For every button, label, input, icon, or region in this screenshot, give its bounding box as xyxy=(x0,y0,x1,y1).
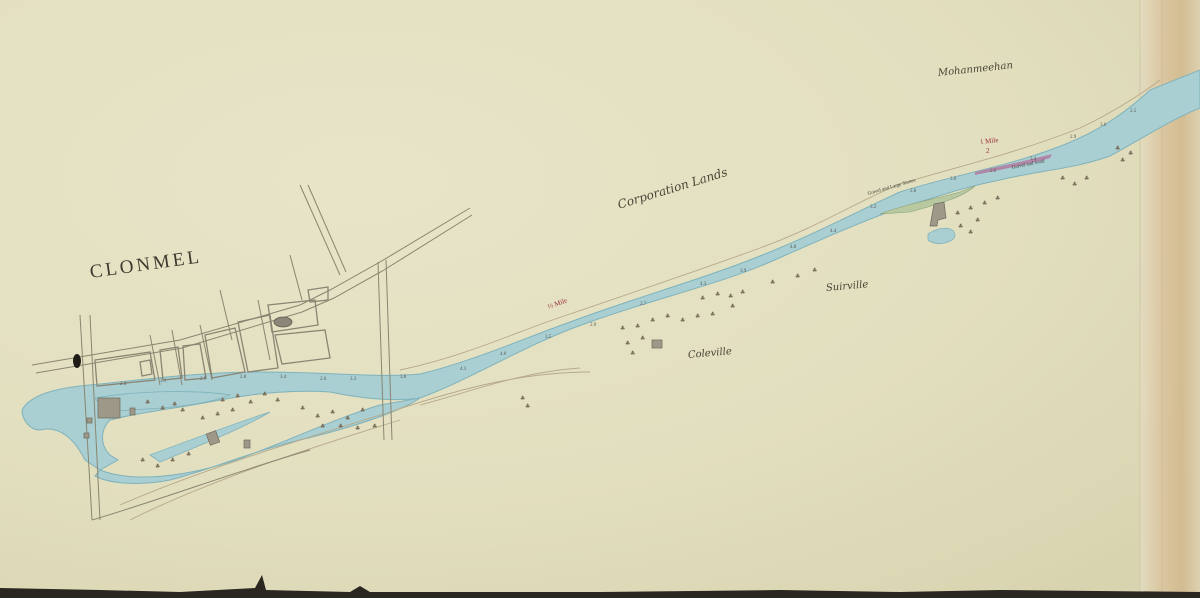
svg-text:4.4: 4.4 xyxy=(830,229,837,234)
svg-text:♣: ♣ xyxy=(728,293,733,300)
svg-text:♣: ♣ xyxy=(1115,145,1120,152)
svg-text:♣: ♣ xyxy=(320,423,325,430)
svg-text:♣: ♣ xyxy=(160,405,165,412)
church-icon xyxy=(274,317,292,327)
svg-text:2.9: 2.9 xyxy=(1070,135,1077,140)
svg-text:♣: ♣ xyxy=(275,397,280,404)
svg-text:2.9: 2.9 xyxy=(590,323,597,328)
svg-text:♣: ♣ xyxy=(145,399,150,406)
svg-text:♣: ♣ xyxy=(770,279,775,286)
svg-text:♣: ♣ xyxy=(315,413,320,420)
svg-text:♣: ♣ xyxy=(230,407,235,414)
svg-text:♣: ♣ xyxy=(640,335,645,342)
svg-text:♣: ♣ xyxy=(695,313,700,320)
svg-text:3.6: 3.6 xyxy=(1100,123,1107,128)
svg-text:♣: ♣ xyxy=(520,395,525,402)
svg-text:♣: ♣ xyxy=(1128,150,1133,157)
svg-text:♣: ♣ xyxy=(955,210,960,217)
svg-text:3.9: 3.9 xyxy=(740,269,747,274)
svg-text:4.8: 4.8 xyxy=(790,245,797,250)
svg-text:♣: ♣ xyxy=(665,313,670,320)
svg-text:♣: ♣ xyxy=(525,403,530,410)
svg-text:3.0: 3.0 xyxy=(950,177,957,182)
svg-text:2.5: 2.5 xyxy=(1130,109,1137,114)
gate-icon xyxy=(73,354,81,368)
svg-text:♣: ♣ xyxy=(975,217,980,224)
svg-text:♣: ♣ xyxy=(235,393,240,400)
svg-text:♣: ♣ xyxy=(968,205,973,212)
svg-text:♣: ♣ xyxy=(300,405,305,412)
svg-text:2.7: 2.7 xyxy=(640,302,647,307)
paper-background xyxy=(0,0,1200,598)
svg-text:♣: ♣ xyxy=(968,229,973,236)
svg-text:3.2: 3.2 xyxy=(870,205,877,210)
svg-text:♣: ♣ xyxy=(248,399,253,406)
svg-text:♣: ♣ xyxy=(170,457,175,464)
svg-text:4.3: 4.3 xyxy=(700,282,707,287)
svg-text:♣: ♣ xyxy=(700,295,705,302)
svg-text:♣: ♣ xyxy=(215,411,220,418)
svg-text:2.9: 2.9 xyxy=(200,377,207,382)
svg-text:3.8: 3.8 xyxy=(400,375,407,380)
svg-text:♣: ♣ xyxy=(140,457,145,464)
svg-text:♣: ♣ xyxy=(355,425,360,432)
svg-text:2.6: 2.6 xyxy=(320,377,327,382)
svg-text:♣: ♣ xyxy=(740,289,745,296)
map-canvas[interactable]: ♣♣♣♣ ♣♣♣♣♣ ♣♣♣ ♣♣♣♣♣ ♣♣♣♣ ♣♣♣♣ ♣♣♣♣ ♣♣♣♣… xyxy=(0,0,1200,598)
svg-text:4.0: 4.0 xyxy=(500,352,507,357)
svg-text:♣: ♣ xyxy=(812,267,817,274)
svg-text:♣: ♣ xyxy=(372,423,377,430)
svg-text:♣: ♣ xyxy=(345,415,350,422)
svg-text:3.4: 3.4 xyxy=(280,375,287,380)
svg-text:2.4: 2.4 xyxy=(120,382,127,387)
svg-text:4.3: 4.3 xyxy=(460,367,467,372)
svg-text:♣: ♣ xyxy=(715,291,720,298)
svg-text:♣: ♣ xyxy=(710,311,715,318)
svg-text:2.8: 2.8 xyxy=(240,375,247,380)
svg-text:♣: ♣ xyxy=(1072,181,1077,188)
svg-text:♣: ♣ xyxy=(620,325,625,332)
svg-text:♣: ♣ xyxy=(1060,175,1065,182)
svg-text:♣: ♣ xyxy=(200,415,205,422)
svg-text:♣: ♣ xyxy=(730,303,735,310)
svg-text:♣: ♣ xyxy=(982,200,987,207)
svg-text:♣: ♣ xyxy=(155,463,160,470)
svg-text:♣: ♣ xyxy=(1120,157,1125,164)
svg-text:2.6: 2.6 xyxy=(990,169,997,174)
svg-text:♣: ♣ xyxy=(1084,175,1089,182)
svg-text:♣: ♣ xyxy=(262,391,267,398)
svg-text:3.1: 3.1 xyxy=(160,379,167,384)
svg-text:♣: ♣ xyxy=(180,407,185,414)
svg-text:♣: ♣ xyxy=(220,397,225,404)
svg-text:♣: ♣ xyxy=(330,409,335,416)
svg-text:♣: ♣ xyxy=(186,451,191,458)
svg-text:♣: ♣ xyxy=(635,323,640,330)
svg-text:♣: ♣ xyxy=(338,423,343,430)
svg-text:♣: ♣ xyxy=(680,317,685,324)
svg-text:♣: ♣ xyxy=(650,317,655,324)
svg-text:3.5: 3.5 xyxy=(545,335,552,340)
svg-text:♣: ♣ xyxy=(625,340,630,347)
svg-text:♣: ♣ xyxy=(958,223,963,230)
svg-text:♣: ♣ xyxy=(630,350,635,357)
svg-text:2.8: 2.8 xyxy=(910,189,917,194)
svg-text:♣: ♣ xyxy=(360,407,365,414)
svg-text:♣: ♣ xyxy=(795,273,800,280)
svg-text:♣: ♣ xyxy=(172,401,177,408)
mile-marker-one-sub: 2 xyxy=(986,147,990,155)
svg-text:♣: ♣ xyxy=(995,195,1000,202)
svg-text:3.3: 3.3 xyxy=(350,377,357,382)
